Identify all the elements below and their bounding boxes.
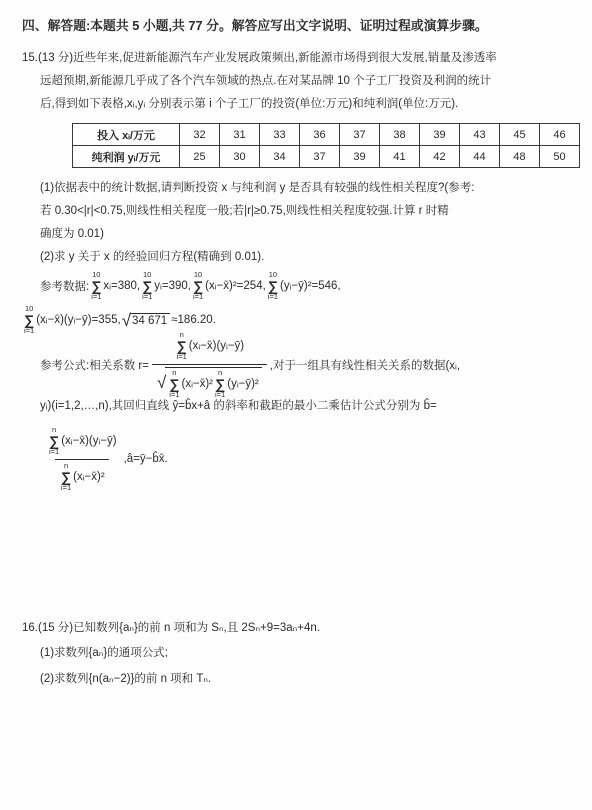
r-fraction: n ∑ i=1 (xᵢ−x̄)(yᵢ−ȳ) √ n ∑ i=1 (xᵢ−x̄) bbox=[152, 331, 267, 399]
sum-symbol: 10 ∑ i=1 bbox=[91, 271, 101, 302]
sum-symbol: 10 ∑ i=1 bbox=[193, 271, 203, 302]
table-cell: 39 bbox=[340, 146, 380, 168]
sigma-icon: ∑ bbox=[193, 279, 203, 293]
investment-profit-table: 投入 xᵢ/万元 32 31 33 36 37 38 39 43 45 46 纯… bbox=[72, 123, 580, 168]
p15-intro-line2: 远超预期,新能源几乎成了各个汽车领域的热点.在对某品牌 10 个子工厂投资及利润… bbox=[22, 70, 570, 93]
table-cell: 46 bbox=[540, 124, 580, 146]
sigma-icon: ∑ bbox=[142, 279, 152, 293]
p15-q1-line1: (1)依据表中的统计数据,请判断投资 x 与纯利润 y 是否具有较强的线性相关程… bbox=[22, 177, 570, 200]
refdata-term1: xᵢ=380, bbox=[103, 280, 140, 292]
refdata-term3: (xᵢ−x̄)²=254, bbox=[205, 280, 266, 292]
sum-lower-limit: i=1 bbox=[142, 293, 152, 301]
sum-lower-limit: i=1 bbox=[24, 327, 34, 335]
sigma-icon: ∑ bbox=[169, 377, 179, 391]
reference-data-line: 参考数据: 10 ∑ i=1 xᵢ=380, 10 ∑ i=1 yᵢ=390, … bbox=[22, 269, 570, 303]
bhat-den-body: (xᵢ−x̄)² bbox=[73, 471, 105, 483]
table-cell: 32 bbox=[180, 124, 220, 146]
table-cell: 37 bbox=[300, 146, 340, 168]
refdata-term5: (xᵢ−x̄)(yᵢ−ȳ)=355, bbox=[36, 314, 120, 326]
p15-q1-line3: 确度为 0.01) bbox=[22, 223, 570, 246]
table-cell: 25 bbox=[180, 146, 220, 168]
sum-symbol: n ∑ i=1 bbox=[49, 426, 59, 457]
exam-page: 四、解答题:本题共 5 小题,共 77 分。解答应写出文字说明、证明过程或演算步… bbox=[0, 0, 592, 810]
sum-symbol: 10 ∑ i=1 bbox=[24, 305, 34, 336]
table-cell: 42 bbox=[420, 146, 460, 168]
p16-q1: (1)求数列{aₙ}的通项公式; bbox=[22, 640, 570, 666]
sum-lower-limit: i=1 bbox=[177, 353, 187, 361]
p15-q2: (2)求 y 关于 x 的经验回归方程(精确到 0.01). bbox=[22, 246, 570, 269]
r-numerator: n ∑ i=1 (xᵢ−x̄)(yᵢ−ȳ) bbox=[171, 331, 249, 364]
table-cell: 45 bbox=[500, 124, 540, 146]
formula-prefix: 参考公式:相关系数 r= bbox=[40, 357, 149, 373]
formula-suffix: ,对于一组具有线性相关关系的数据(xᵢ, bbox=[270, 357, 460, 373]
bhat-formula-line: n ∑ i=1 (xᵢ−x̄)(yᵢ−ȳ) n ∑ i=1 (xᵢ−x̄)² ,… bbox=[22, 423, 570, 495]
p15-intro-line3: 后,得到如下表格,xᵢ,yᵢ 分别表示第 i 个子工厂的投资(单位:万元)和纯利… bbox=[22, 93, 570, 116]
row1-label: 投入 xᵢ/万元 bbox=[73, 124, 180, 146]
sigma-icon: ∑ bbox=[215, 377, 225, 391]
table-cell: 30 bbox=[220, 146, 260, 168]
table-cell: 31 bbox=[220, 124, 260, 146]
table-cell: 36 bbox=[300, 124, 340, 146]
table-cell: 43 bbox=[460, 124, 500, 146]
sqrt-approx-value: ≈186.20. bbox=[171, 314, 216, 326]
sqrt-radicand: 34 671 bbox=[130, 313, 170, 327]
p15-intro-line1: 15.(13 分)近些年来,促进新能源汽车产业发展政策频出,新能源市场得到很大发… bbox=[22, 47, 570, 70]
table-cell: 50 bbox=[540, 146, 580, 168]
sum-lower-limit: i=1 bbox=[61, 484, 71, 492]
refdata-prefix: 参考数据: bbox=[40, 278, 89, 294]
table-row-investment: 投入 xᵢ/万元 32 31 33 36 37 38 39 43 45 46 bbox=[73, 124, 580, 146]
sigma-icon: ∑ bbox=[24, 313, 34, 327]
table-cell: 39 bbox=[420, 124, 460, 146]
sigma-icon: ∑ bbox=[61, 470, 71, 484]
row2-label: 纯利润 yᵢ/万元 bbox=[73, 146, 180, 168]
sigma-icon: ∑ bbox=[177, 339, 187, 353]
ahat-equation: ,â=ȳ−b̂x̄. bbox=[124, 453, 168, 465]
table-cell: 44 bbox=[460, 146, 500, 168]
table-cell: 38 bbox=[380, 124, 420, 146]
refdata-line2: 10 ∑ i=1 (xᵢ−x̄)(yᵢ−ȳ)=355, √ 34 671 ≈18… bbox=[22, 303, 570, 337]
sum-lower-limit: i=1 bbox=[91, 293, 101, 301]
table-cell: 41 bbox=[380, 146, 420, 168]
sum-lower-limit: i=1 bbox=[193, 293, 203, 301]
p15-q1-line2: 若 0.30<|r|<0.75,则线性相关程度一般;若|r|≥0.75,则线性相… bbox=[22, 200, 570, 223]
sum-symbol: 10 ∑ i=1 bbox=[142, 271, 152, 302]
sigma-icon: ∑ bbox=[268, 279, 278, 293]
bhat-fraction: n ∑ i=1 (xᵢ−x̄)(yᵢ−ȳ) n ∑ i=1 (xᵢ−x̄)² bbox=[43, 426, 121, 492]
sigma-icon: ∑ bbox=[49, 434, 59, 448]
sigma-icon: ∑ bbox=[91, 279, 101, 293]
r-den-part1: (xᵢ−x̄)² bbox=[182, 378, 214, 390]
reference-formula-line: 参考公式:相关系数 r= n ∑ i=1 (xᵢ−x̄)(yᵢ−ȳ) √ n ∑ bbox=[22, 337, 570, 393]
bhat-num-body: (xᵢ−x̄)(yᵢ−ȳ) bbox=[61, 435, 116, 447]
refdata-term2: yᵢ=390, bbox=[154, 280, 191, 292]
section-heading: 四、解答题:本题共 5 小题,共 77 分。解答应写出文字说明、证明过程或演算步… bbox=[22, 18, 570, 34]
table-row-profit: 纯利润 yᵢ/万元 25 30 34 37 39 41 42 44 48 50 bbox=[73, 146, 580, 168]
p16-line1: 16.(15 分)已知数列{aₙ}的前 n 项和为 Sₙ,且 2Sₙ+9=3aₙ… bbox=[22, 617, 570, 640]
r-num-body: (xᵢ−x̄)(yᵢ−ȳ) bbox=[189, 340, 244, 352]
bhat-numerator: n ∑ i=1 (xᵢ−x̄)(yᵢ−ȳ) bbox=[43, 426, 121, 459]
sum-lower-limit: i=1 bbox=[49, 448, 59, 456]
r-den-part2: (yᵢ−ȳ)² bbox=[227, 378, 259, 390]
bhat-denominator: n ∑ i=1 (xᵢ−x̄)² bbox=[55, 459, 109, 493]
sum-symbol: 10 ∑ i=1 bbox=[268, 271, 278, 302]
p16-q2: (2)求数列{n(aₙ−2)}的前 n 项和 Tₙ. bbox=[22, 666, 570, 692]
sum-lower-limit: i=1 bbox=[268, 293, 278, 301]
table-cell: 34 bbox=[260, 146, 300, 168]
sqrt-expression: √ 34 671 bbox=[122, 312, 171, 329]
formula-continuation: yᵢ)(i=1,2,…,n),其回归直线 ŷ=b̂x+â 的斜率和截距的最小二乘… bbox=[22, 393, 570, 419]
table-cell: 33 bbox=[260, 124, 300, 146]
table-cell: 48 bbox=[500, 146, 540, 168]
sum-symbol: n ∑ i=1 bbox=[177, 331, 187, 362]
sum-symbol: n ∑ i=1 bbox=[61, 462, 71, 493]
refdata-term4: (yᵢ−ȳ)²=546, bbox=[280, 280, 341, 292]
table-cell: 37 bbox=[340, 124, 380, 146]
